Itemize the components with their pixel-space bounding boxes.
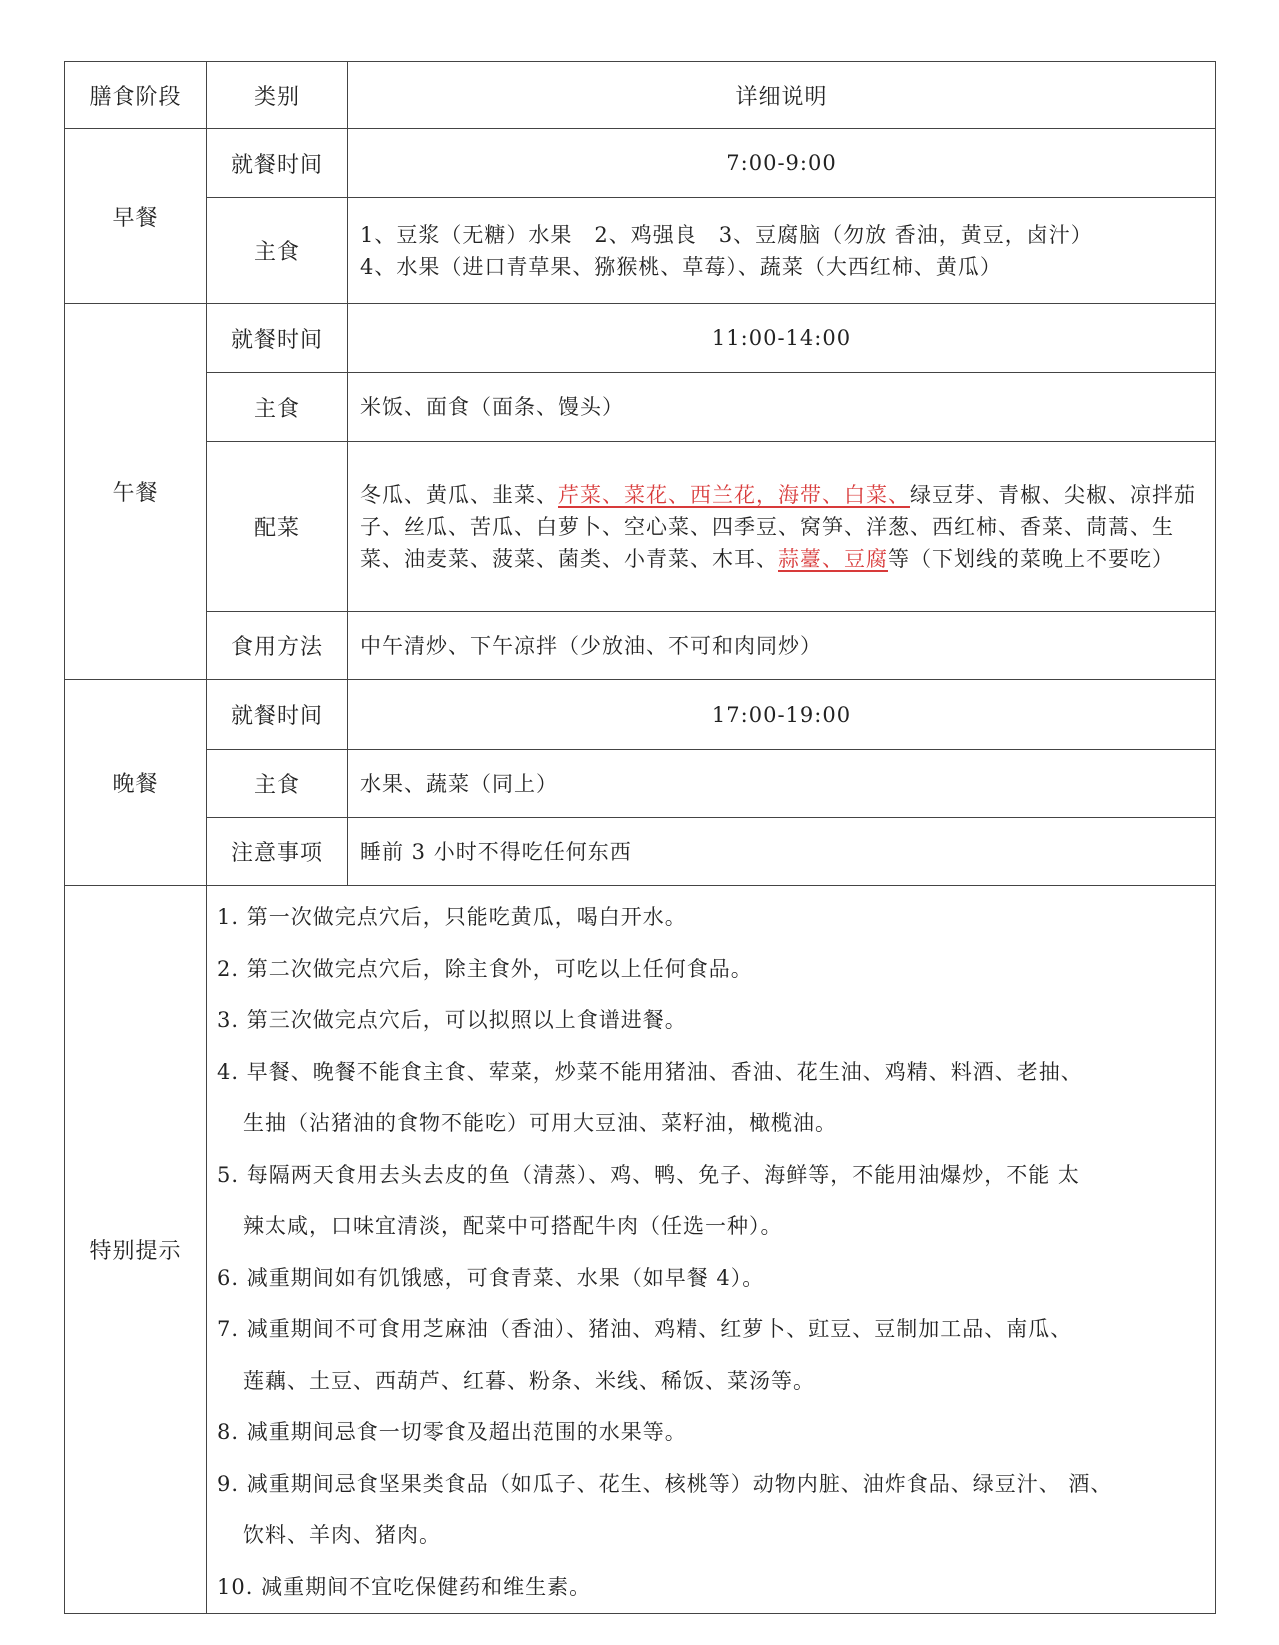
dinner-staple-row: 主食 水果、蔬菜（同上） bbox=[65, 750, 1216, 818]
lunch-method-label: 食用方法 bbox=[207, 612, 348, 680]
header-category: 类别 bbox=[207, 62, 348, 129]
tip-line: 7. 减重期间不可食用芝麻油（香油）、猪油、鸡精、红萝卜、豇豆、豆制加工品、南瓜… bbox=[217, 1304, 1205, 1356]
tips-stage: 特别提示 bbox=[65, 886, 207, 1614]
breakfast-time-label: 就餐时间 bbox=[207, 129, 348, 198]
tips-list: 1. 第一次做完点穴后，只能吃黄瓜，喝白开水。 2. 第二次做完点穴后，除主食外… bbox=[207, 886, 1216, 1614]
lunch-side-dishes: 冬瓜、黄瓜、韭菜、芹菜、菜花、西兰花，海带、白菜、绿豆芽、青椒、尖椒、凉拌茄子、… bbox=[348, 442, 1216, 612]
lunch-method: 中午清炒、下午凉拌（少放油、不可和肉同炒） bbox=[348, 612, 1216, 680]
breakfast-staple: 1、豆浆（无糖）水果 2、鸡强良 3、豆腐脑（勿放 香油，黄豆，卤汁） 4、水果… bbox=[348, 198, 1216, 304]
side-text-highlight-1: 芹菜、菜花、西兰花，海带、白菜、 bbox=[558, 483, 910, 507]
header-row: 膳食阶段 类别 详细说明 bbox=[65, 62, 1216, 129]
dinner-stage: 晚餐 bbox=[65, 680, 207, 886]
lunch-time-label: 就餐时间 bbox=[207, 304, 348, 373]
tip-line: 4. 早餐、晚餐不能食主食、荤菜，炒菜不能用猪油、香油、花生油、鸡精、料酒、老抽… bbox=[217, 1047, 1205, 1099]
dinner-staple-label: 主食 bbox=[207, 750, 348, 818]
breakfast-time-row: 早餐 就餐时间 7:00-9:00 bbox=[65, 129, 1216, 198]
tip-line-continued: 莲藕、土豆、西葫芦、红暮、粉条、米线、稀饭、菜汤等。 bbox=[217, 1356, 1205, 1408]
dinner-note: 睡前 3 小时不得吃任何东西 bbox=[348, 818, 1216, 886]
tip-line-continued: 饮料、羊肉、猪肉。 bbox=[217, 1510, 1205, 1562]
dinner-time: 17:00-19:00 bbox=[348, 680, 1216, 750]
side-text-3: 等（下划线的菜晚上不要吃） bbox=[888, 547, 1174, 571]
dinner-note-label: 注意事项 bbox=[207, 818, 348, 886]
special-tips-row: 特别提示 1. 第一次做完点穴后，只能吃黄瓜，喝白开水。 2. 第二次做完点穴后… bbox=[65, 886, 1216, 1614]
lunch-side-label: 配菜 bbox=[207, 442, 348, 612]
dinner-time-row: 晚餐 就餐时间 17:00-19:00 bbox=[65, 680, 1216, 750]
breakfast-staple-line-1: 1、豆浆（无糖）水果 2、鸡强良 3、豆腐脑（勿放 香油，黄豆，卤汁） bbox=[360, 219, 1203, 251]
side-text-1: 冬瓜、黄瓜、韭菜、 bbox=[360, 483, 558, 507]
lunch-stage: 午餐 bbox=[65, 304, 207, 680]
breakfast-time: 7:00-9:00 bbox=[348, 129, 1216, 198]
dinner-time-label: 就餐时间 bbox=[207, 680, 348, 750]
dinner-staple: 水果、蔬菜（同上） bbox=[348, 750, 1216, 818]
lunch-staple-row: 主食 米饭、面食（面条、馒头） bbox=[65, 373, 1216, 442]
lunch-time-row: 午餐 就餐时间 11:00-14:00 bbox=[65, 304, 1216, 373]
tip-line: 9. 减重期间忌食坚果类食品（如瓜子、花生、核桃等）动物内脏、油炸食品、绿豆汁、… bbox=[217, 1459, 1205, 1511]
dinner-note-row: 注意事项 睡前 3 小时不得吃任何东西 bbox=[65, 818, 1216, 886]
lunch-method-row: 食用方法 中午清炒、下午凉拌（少放油、不可和肉同炒） bbox=[65, 612, 1216, 680]
breakfast-stage: 早餐 bbox=[65, 129, 207, 304]
lunch-side-row: 配菜 冬瓜、黄瓜、韭菜、芹菜、菜花、西兰花，海带、白菜、绿豆芽、青椒、尖椒、凉拌… bbox=[65, 442, 1216, 612]
lunch-staple-label: 主食 bbox=[207, 373, 348, 442]
tip-line: 8. 减重期间忌食一切零食及超出范围的水果等。 bbox=[217, 1407, 1205, 1459]
lunch-time: 11:00-14:00 bbox=[348, 304, 1216, 373]
tip-line: 6. 减重期间如有饥饿感，可食青菜、水果（如早餐 4）。 bbox=[217, 1253, 1205, 1305]
tip-line: 2. 第二次做完点穴后，除主食外，可吃以上任何食品。 bbox=[217, 944, 1205, 996]
tip-line: 5. 每隔两天食用去头去皮的鱼（清蒸）、鸡、鸭、免子、海鲜等，不能用油爆炒，不能… bbox=[217, 1150, 1205, 1202]
tip-line: 3. 第三次做完点穴后，可以拟照以上食谱进餐。 bbox=[217, 995, 1205, 1047]
header-detail: 详细说明 bbox=[348, 62, 1216, 129]
tip-line: 10. 减重期间不宜吃保健药和维生素。 bbox=[217, 1562, 1205, 1614]
diet-plan-table: 膳食阶段 类别 详细说明 早餐 就餐时间 7:00-9:00 主食 1、豆浆（无… bbox=[64, 61, 1216, 1614]
breakfast-staple-label: 主食 bbox=[207, 198, 348, 304]
side-text-highlight-2: 蒜薹、豆腐 bbox=[778, 547, 888, 571]
tip-line-continued: 辣太咸，口味宜清淡，配菜中可搭配牛肉（任选一种）。 bbox=[217, 1201, 1205, 1253]
header-stage: 膳食阶段 bbox=[65, 62, 207, 129]
lunch-staple: 米饭、面食（面条、馒头） bbox=[348, 373, 1216, 442]
tip-line: 1. 第一次做完点穴后，只能吃黄瓜，喝白开水。 bbox=[217, 892, 1205, 944]
breakfast-staple-row: 主食 1、豆浆（无糖）水果 2、鸡强良 3、豆腐脑（勿放 香油，黄豆，卤汁） 4… bbox=[65, 198, 1216, 304]
breakfast-staple-line-2: 4、水果（进口青草果、猕猴桃、草莓）、蔬菜（大西红柿、黄瓜） bbox=[360, 251, 1203, 283]
tip-line-continued: 生抽（沾猪油的食物不能吃）可用大豆油、菜籽油，橄榄油。 bbox=[217, 1098, 1205, 1150]
